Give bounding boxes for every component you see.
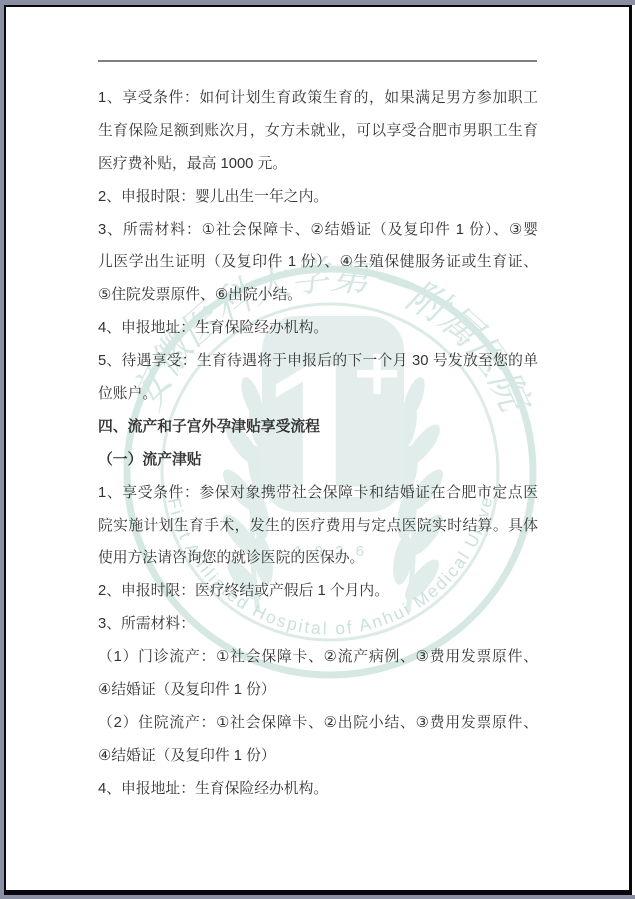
text-line: 2、申报时限：医疗终结或产假后 1 个月内。 <box>98 575 538 608</box>
text-line: 院实施计划生育手术，发生的医疗费用与定点医院实时结算。具体 <box>98 510 538 543</box>
text-line: （一）流产津贴 <box>98 444 538 477</box>
text-line: 儿医学出生证明（及复印件 1 份）、④生殖保健服务证或生育证、 <box>98 246 538 279</box>
text-line: ④结婚证（及复印件 1 份） <box>98 674 538 707</box>
frame-bottom-strip <box>0 895 635 899</box>
text-line: （1）门诊流产：①社会保障卡、②流产病例、③费用发票原件、 <box>98 641 538 674</box>
text-line: 使用方法请咨询您的就诊医院的医保办。 <box>98 542 538 575</box>
text-line: 医疗费补贴，最高 1000 元。 <box>98 148 538 181</box>
text-line: 位账户。 <box>98 378 538 411</box>
text-line: 5、待遇享受：生育待遇将于申报后的下一个月 30 号发放至您的单 <box>98 345 538 378</box>
text-line: ⑤住院发票原件、⑥出院小结。 <box>98 279 538 312</box>
text-line: 生育保险足额到账次月，女方未就业，可以享受合肥市男职工生育 <box>98 115 538 148</box>
text-line: 3、所需材料：①社会保障卡、②结婚证（及复印件 1 份）、③婴 <box>98 214 538 247</box>
header-rule <box>98 60 537 62</box>
text-line: 3、所需材料： <box>98 608 538 641</box>
text-line: 四、流产和子宫外孕津贴享受流程 <box>98 411 538 444</box>
text-line: 1、享受条件：参保对象携带社会保障卡和结婚证在合肥市定点医 <box>98 477 538 510</box>
document-body: 1、享受条件：如何计划生育政策生育的，如果满足男方参加职工生育保险足额到账次月，… <box>98 82 538 806</box>
text-line: （2）住院流产：①社会保障卡、②出院小结、③费用发票原件、 <box>98 707 538 740</box>
text-line: 1、享受条件：如何计划生育政策生育的，如果满足男方参加职工 <box>98 82 538 115</box>
text-line: ④结婚证（及复印件 1 份） <box>98 740 538 773</box>
text-line: 4、申报地址：生育保险经办机构。 <box>98 773 538 806</box>
text-line: 4、申报地址：生育保险经办机构。 <box>98 312 538 345</box>
text-line: 2、申报时限：婴儿出生一年之内。 <box>98 181 538 214</box>
